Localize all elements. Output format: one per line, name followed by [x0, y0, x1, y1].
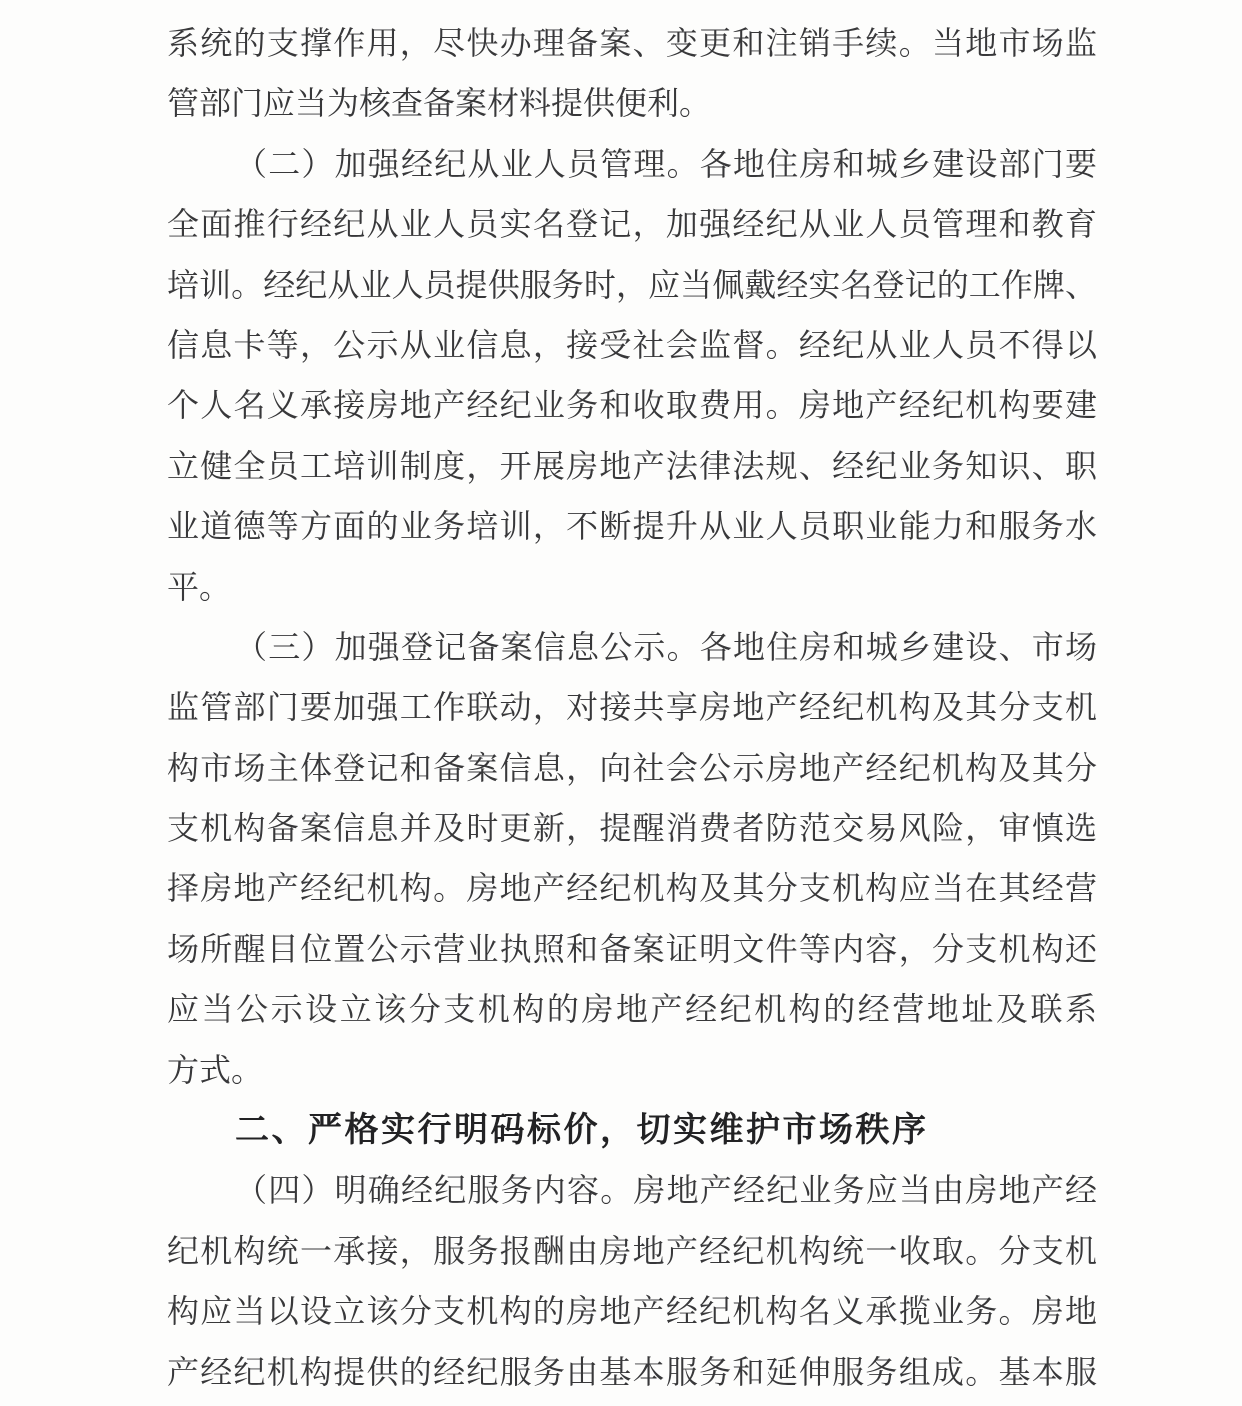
text-line: 全面推行经纪从业人员实名登记，加强经纪从业人员管理和教育	[167, 194, 1097, 254]
text-line: 构市场主体登记和备案信息，向社会公示房地产经纪机构及其分	[167, 738, 1097, 798]
text-line: 平。	[167, 557, 1097, 617]
document-page: 系统的支撑作用，尽快办理备案、变更和注销手续。当地市场监管部门应当为核查备案材料…	[0, 0, 1242, 1406]
text-line: 场所醒目位置公示营业执照和备案证明文件等内容，分支机构还	[167, 919, 1097, 979]
text-line: 应当公示设立该分支机构的房地产经纪机构的经营地址及联系	[167, 979, 1097, 1039]
text-line: 产经纪机构提供的经纪服务由基本服务和延伸服务组成。基本服	[167, 1342, 1097, 1402]
text-line: 立健全员工培训制度，开展房地产法律法规、经纪业务知识、职	[167, 436, 1097, 496]
text-line: 个人名义承接房地产经纪业务和收取费用。房地产经纪机构要建	[167, 375, 1097, 435]
text-line: 业道德等方面的业务培训，不断提升从业人员职业能力和服务水	[167, 496, 1097, 556]
document-text-block: 系统的支撑作用，尽快办理备案、变更和注销手续。当地市场监管部门应当为核查备案材料…	[167, 13, 1097, 1402]
text-line: 管部门应当为核查备案材料提供便利。	[167, 73, 1097, 133]
text-line: （二）加强经纪从业人员管理。各地住房和城乡建设部门要	[167, 134, 1097, 194]
text-line: 方式。	[167, 1040, 1097, 1100]
text-line: 系统的支撑作用，尽快办理备案、变更和注销手续。当地市场监	[167, 13, 1097, 73]
text-line: 择房地产经纪机构。房地产经纪机构及其分支机构应当在其经营	[167, 858, 1097, 918]
text-line: 信息卡等，公示从业信息，接受社会监督。经纪从业人员不得以	[167, 315, 1097, 375]
text-line: 培训。经纪从业人员提供服务时，应当佩戴经实名登记的工作牌、	[167, 255, 1097, 315]
text-line: 纪机构统一承接，服务报酬由房地产经纪机构统一收取。分支机	[167, 1221, 1097, 1281]
text-line: 支机构备案信息并及时更新，提醒消费者防范交易风险，审慎选	[167, 798, 1097, 858]
text-line: 构应当以设立该分支机构的房地产经纪机构名义承揽业务。房地	[167, 1281, 1097, 1341]
text-line: 监管部门要加强工作联动，对接共享房地产经纪机构及其分支机	[167, 677, 1097, 737]
section-heading: 二、严格实行明码标价，切实维护市场秩序	[167, 1100, 1097, 1160]
text-line: （三）加强登记备案信息公示。各地住房和城乡建设、市场	[167, 617, 1097, 677]
text-line: （四）明确经纪服务内容。房地产经纪业务应当由房地产经	[167, 1160, 1097, 1220]
